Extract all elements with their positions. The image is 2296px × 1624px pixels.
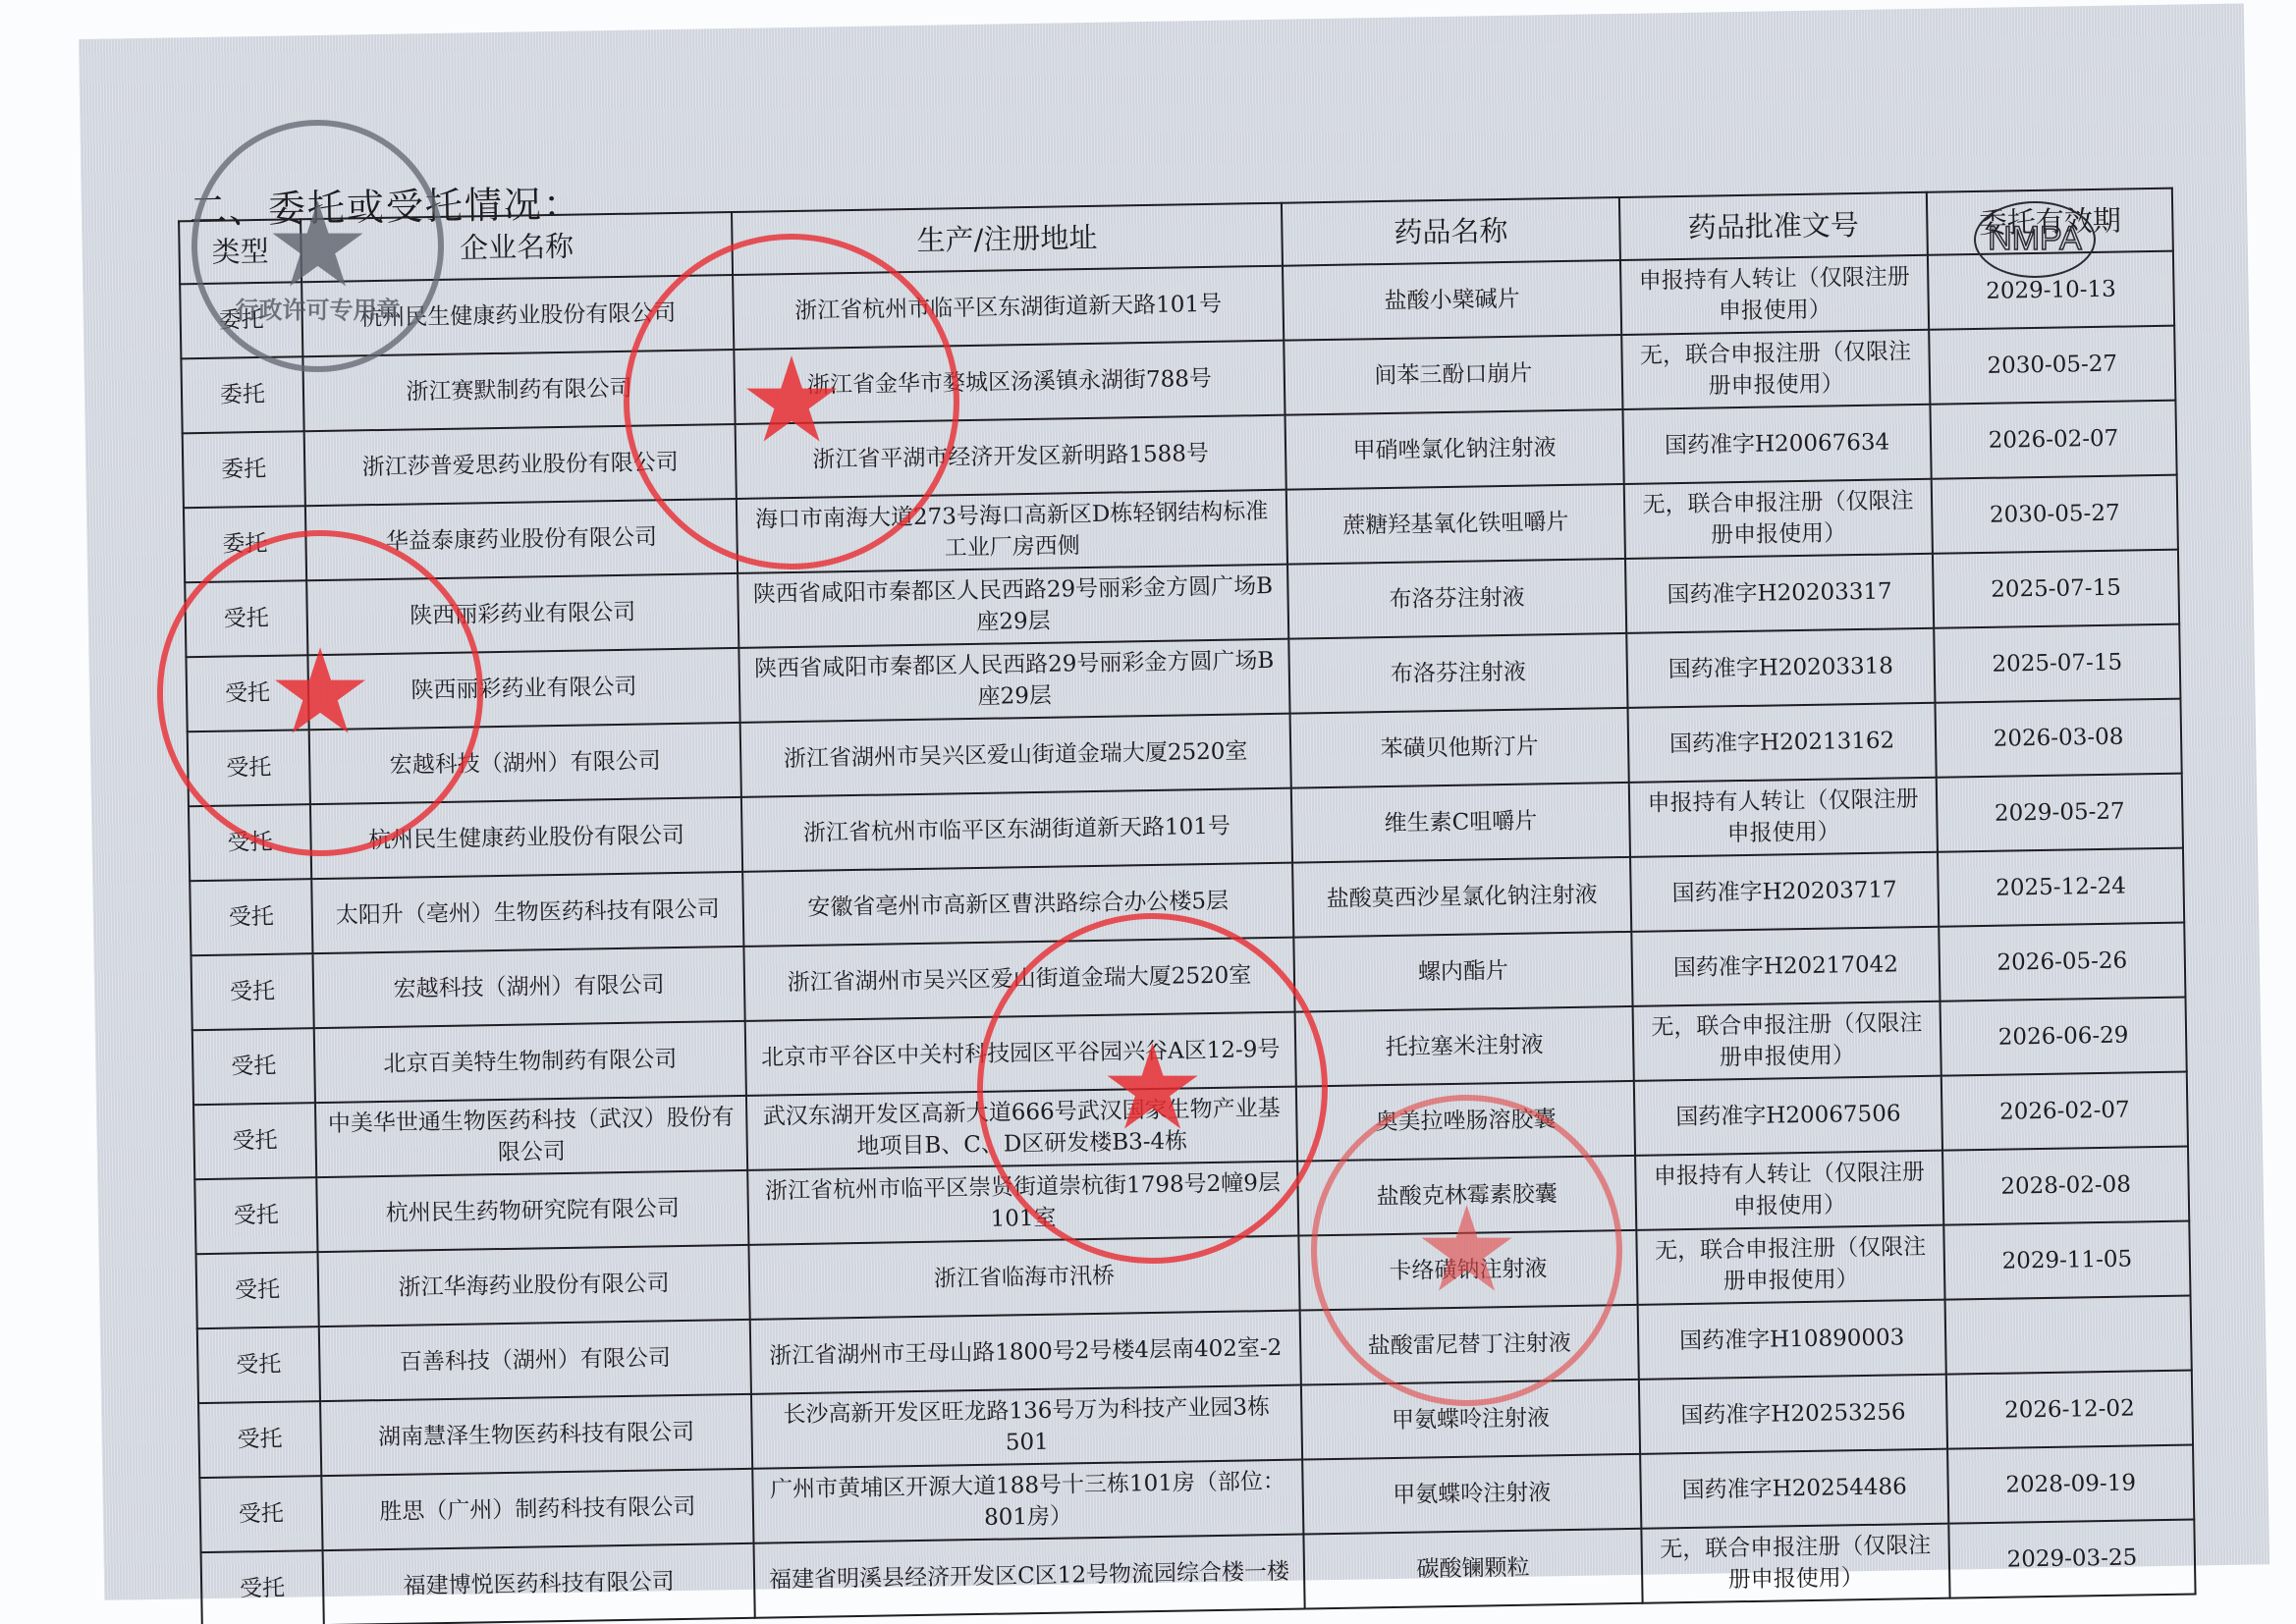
approval-number-cell: 国药准字H20217042 <box>1631 927 1940 1006</box>
drug-name-cell: 甲硝唑氯化钠注射液 <box>1285 409 1624 490</box>
company-cell: 北京百美特生物制药有限公司 <box>314 1021 746 1103</box>
header-address: 生产/注册地址 <box>732 203 1283 275</box>
address-cell: 浙江省临海市汛桥 <box>748 1236 1299 1320</box>
address-cell: 长沙高新开发区旺龙路136号万为科技产业园3栋501 <box>751 1385 1302 1469</box>
address-cell: 陕西省咸阳市秦都区人民西路29号丽彩金方圆广场B座29层 <box>738 565 1288 648</box>
valid-until-cell: 2026-06-29 <box>1941 998 2187 1076</box>
approval-number-cell: 无，联合申报注册（仅限注册申报使用） <box>1621 330 1930 409</box>
header-drug-name: 药品名称 <box>1282 197 1620 266</box>
valid-until-cell: 2026-12-02 <box>1946 1371 2193 1449</box>
company-cell: 百善科技（湖州）有限公司 <box>319 1320 751 1401</box>
drug-name-cell: 碳酸镧颗粒 <box>1303 1529 1642 1609</box>
valid-until-cell: 2025-07-15 <box>1933 550 2179 628</box>
approval-number-cell: 申报持有人转让（仅限注册申报使用） <box>1629 778 1938 857</box>
type-cell: 受托 <box>188 730 310 806</box>
type-cell: 受托 <box>191 953 313 1030</box>
address-cell: 广州市黄埔区开源大道188号十三栋101房（部位：801房） <box>752 1460 1303 1543</box>
drug-name-cell: 奥美拉唑肠溶胶囊 <box>1296 1081 1635 1162</box>
valid-until-cell: 2029-03-25 <box>1948 1519 2195 1597</box>
drug-name-cell: 间苯三酚口崩片 <box>1284 335 1622 415</box>
drug-name-cell: 维生素C咀嚼片 <box>1291 783 1630 863</box>
valid-until-cell: 2028-02-08 <box>1942 1147 2189 1225</box>
address-cell: 福建省明溪县经济开发区C区12号物流园综合楼一楼 <box>753 1535 1304 1618</box>
company-cell: 浙江赛默制药有限公司 <box>302 350 735 431</box>
address-cell: 武汉东湖开发区高新大道666号武汉国家生物产业基地项目B、C、D区研发楼B3-4… <box>746 1087 1297 1170</box>
address-cell: 北京市平谷区中关村科技园区平谷园兴谷A区12-9号 <box>745 1012 1296 1096</box>
approval-number-cell: 国药准字H20213162 <box>1628 703 1937 783</box>
type-cell: 受托 <box>194 1177 317 1254</box>
address-cell: 浙江省杭州市临平区东湖街道新天路101号 <box>733 266 1284 350</box>
address-cell: 浙江省杭州市临平区东湖街道新天路101号 <box>741 788 1292 872</box>
header-company: 企业名称 <box>301 212 733 282</box>
approval-number-cell: 无，联合申报注册（仅限注册申报使用） <box>1633 1001 1941 1081</box>
address-cell: 浙江省湖州市王母山路1800号2号楼4层南402室-2 <box>750 1311 1301 1394</box>
valid-until-cell: 2026-02-07 <box>1930 401 2176 479</box>
company-cell: 浙江华海药业股份有限公司 <box>318 1245 750 1326</box>
valid-until-cell: 2026-02-07 <box>1941 1072 2188 1151</box>
drug-name-cell: 甲氨蝶呤注射液 <box>1302 1454 1641 1535</box>
approval-number-cell: 申报持有人转让（仅限注册申报使用） <box>1635 1151 1943 1230</box>
approval-number-cell: 国药准字H20203717 <box>1630 852 1939 932</box>
company-cell: 中美华世通生物医药科技（武汉）股份有限公司 <box>315 1096 747 1177</box>
type-cell: 受托 <box>192 1028 315 1105</box>
approval-number-cell: 国药准字H20203317 <box>1625 554 1934 633</box>
type-cell: 受托 <box>193 1103 316 1179</box>
drug-name-cell: 甲氨蝶呤注射液 <box>1301 1380 1640 1460</box>
valid-until-cell: 2026-03-08 <box>1935 699 2181 778</box>
type-cell: 受托 <box>196 1252 319 1328</box>
approval-number-cell: 国药准字H10890003 <box>1638 1300 1946 1380</box>
entrustment-table: 类型 企业名称 生产/注册地址 药品名称 药品批准文号 委托有效期 委托杭州民生… <box>178 188 2196 1624</box>
valid-until-cell: 2030-05-27 <box>1929 326 2175 405</box>
drug-name-cell: 盐酸莫西沙星氯化钠注射液 <box>1292 857 1631 938</box>
address-cell: 浙江省湖州市吴兴区爱山街道金瑞大厦2520室 <box>740 714 1291 797</box>
drug-name-cell: 盐酸雷尼替丁注射液 <box>1300 1305 1639 1385</box>
company-cell: 杭州民生健康药业股份有限公司 <box>301 275 734 356</box>
type-cell: 受托 <box>186 655 308 731</box>
approval-number-cell: 国药准字H20203318 <box>1626 628 1935 708</box>
type-cell: 委托 <box>184 506 306 582</box>
type-cell: 受托 <box>189 804 311 881</box>
type-cell: 委托 <box>181 356 303 433</box>
company-cell: 华益泰康药业股份有限公司 <box>305 499 738 580</box>
type-cell: 受托 <box>201 1550 324 1624</box>
drug-name-cell: 卡络磺钠注射液 <box>1298 1230 1637 1311</box>
company-cell: 宏越科技（湖州）有限公司 <box>312 947 744 1028</box>
drug-name-cell: 布洛芬注射液 <box>1287 559 1626 639</box>
valid-until-cell: 2025-07-15 <box>1934 624 2180 703</box>
drug-name-cell: 螺内酯片 <box>1293 932 1632 1012</box>
drug-name-cell: 托拉塞米注射液 <box>1295 1006 1634 1087</box>
address-cell: 浙江省平湖市经济开发区新明路1588号 <box>736 415 1286 499</box>
company-cell: 宏越科技（湖州）有限公司 <box>309 723 741 804</box>
company-cell: 陕西丽彩药业有限公司 <box>307 648 739 730</box>
drug-name-cell: 布洛芬注射液 <box>1288 633 1627 714</box>
approval-number-cell: 国药准字H20253256 <box>1639 1375 1947 1454</box>
type-cell: 委托 <box>180 282 302 358</box>
approval-number-cell: 无，联合申报注册（仅限注册申报使用） <box>1636 1225 1944 1305</box>
valid-until-cell: 2030-05-27 <box>1932 475 2178 554</box>
company-cell: 杭州民生健康药业股份有限公司 <box>310 797 742 879</box>
company-cell: 胜思（广州）制药科技有限公司 <box>321 1469 753 1550</box>
address-cell: 海口市南海大道273号海口高新区D栋轻钢结构标准工业厂房西侧 <box>737 490 1287 573</box>
valid-until-cell: 2026-05-26 <box>1939 923 2185 1001</box>
type-cell: 委托 <box>183 431 305 508</box>
approval-number-cell: 国药准字H20254486 <box>1640 1449 1948 1529</box>
type-cell: 受托 <box>197 1326 320 1403</box>
drug-name-cell: 苯磺贝他斯汀片 <box>1290 708 1629 788</box>
company-cell: 福建博悦医药科技有限公司 <box>323 1543 755 1624</box>
drug-name-cell: 盐酸克林霉素胶囊 <box>1297 1156 1636 1236</box>
header-valid-until: 委托有效期 <box>1927 189 2173 255</box>
approval-number-cell: 无，联合申报注册（仅限注册申报使用） <box>1641 1524 1949 1603</box>
type-cell: 受托 <box>190 879 312 955</box>
valid-until-cell: 2029-11-05 <box>1943 1221 2190 1300</box>
type-cell: 受托 <box>198 1401 321 1478</box>
address-cell: 陕西省咸阳市秦都区人民西路29号丽彩金方圆广场B座29层 <box>738 639 1289 723</box>
address-cell: 浙江省湖州市吴兴区爱山街道金瑞大厦2520室 <box>743 938 1294 1021</box>
approval-number-cell: 申报持有人转让（仅限注册申报使用） <box>1620 255 1929 335</box>
company-cell: 湖南慧泽生物医药科技有限公司 <box>320 1394 752 1476</box>
address-cell: 安徽省亳州市高新区曹洪路综合办公楼5层 <box>742 863 1293 947</box>
approval-number-cell: 无，联合申报注册（仅限注册申报使用） <box>1624 479 1933 559</box>
valid-until-cell: 2028-09-19 <box>1947 1444 2194 1523</box>
address-cell: 浙江省杭州市临平区崇贤街道崇杭街1798号2幢9层101室 <box>747 1162 1298 1245</box>
company-cell: 杭州民生药物研究院有限公司 <box>316 1170 748 1252</box>
valid-until-cell: 2029-10-13 <box>1928 251 2174 330</box>
header-approval-number: 药品批准文号 <box>1619 192 1928 260</box>
address-cell: 浙江省金华市婺城区汤溪镇永湖街788号 <box>734 341 1285 424</box>
type-cell: 受托 <box>199 1476 322 1552</box>
scanned-page: 二、委托或受托情况： 类型 企业名称 生产/注册地址 药品名称 药品批准文号 委… <box>79 3 2269 1599</box>
company-cell: 陕西丽彩药业有限公司 <box>306 573 738 655</box>
valid-until-cell <box>1945 1296 2192 1375</box>
company-cell: 浙江莎普爱思药业股份有限公司 <box>304 424 737 506</box>
type-cell: 受托 <box>185 580 307 657</box>
approval-number-cell: 国药准字H20067506 <box>1634 1076 1942 1156</box>
header-type: 类型 <box>179 219 301 284</box>
valid-until-cell: 2025-12-24 <box>1938 848 2184 927</box>
valid-until-cell: 2029-05-27 <box>1937 774 2183 852</box>
company-cell: 太阳升（亳州）生物医药科技有限公司 <box>311 872 743 953</box>
drug-name-cell: 蔗糖羟基氧化铁咀嚼片 <box>1286 484 1625 565</box>
drug-name-cell: 盐酸小檗碱片 <box>1283 260 1621 341</box>
approval-number-cell: 国药准字H20067634 <box>1622 405 1931 484</box>
